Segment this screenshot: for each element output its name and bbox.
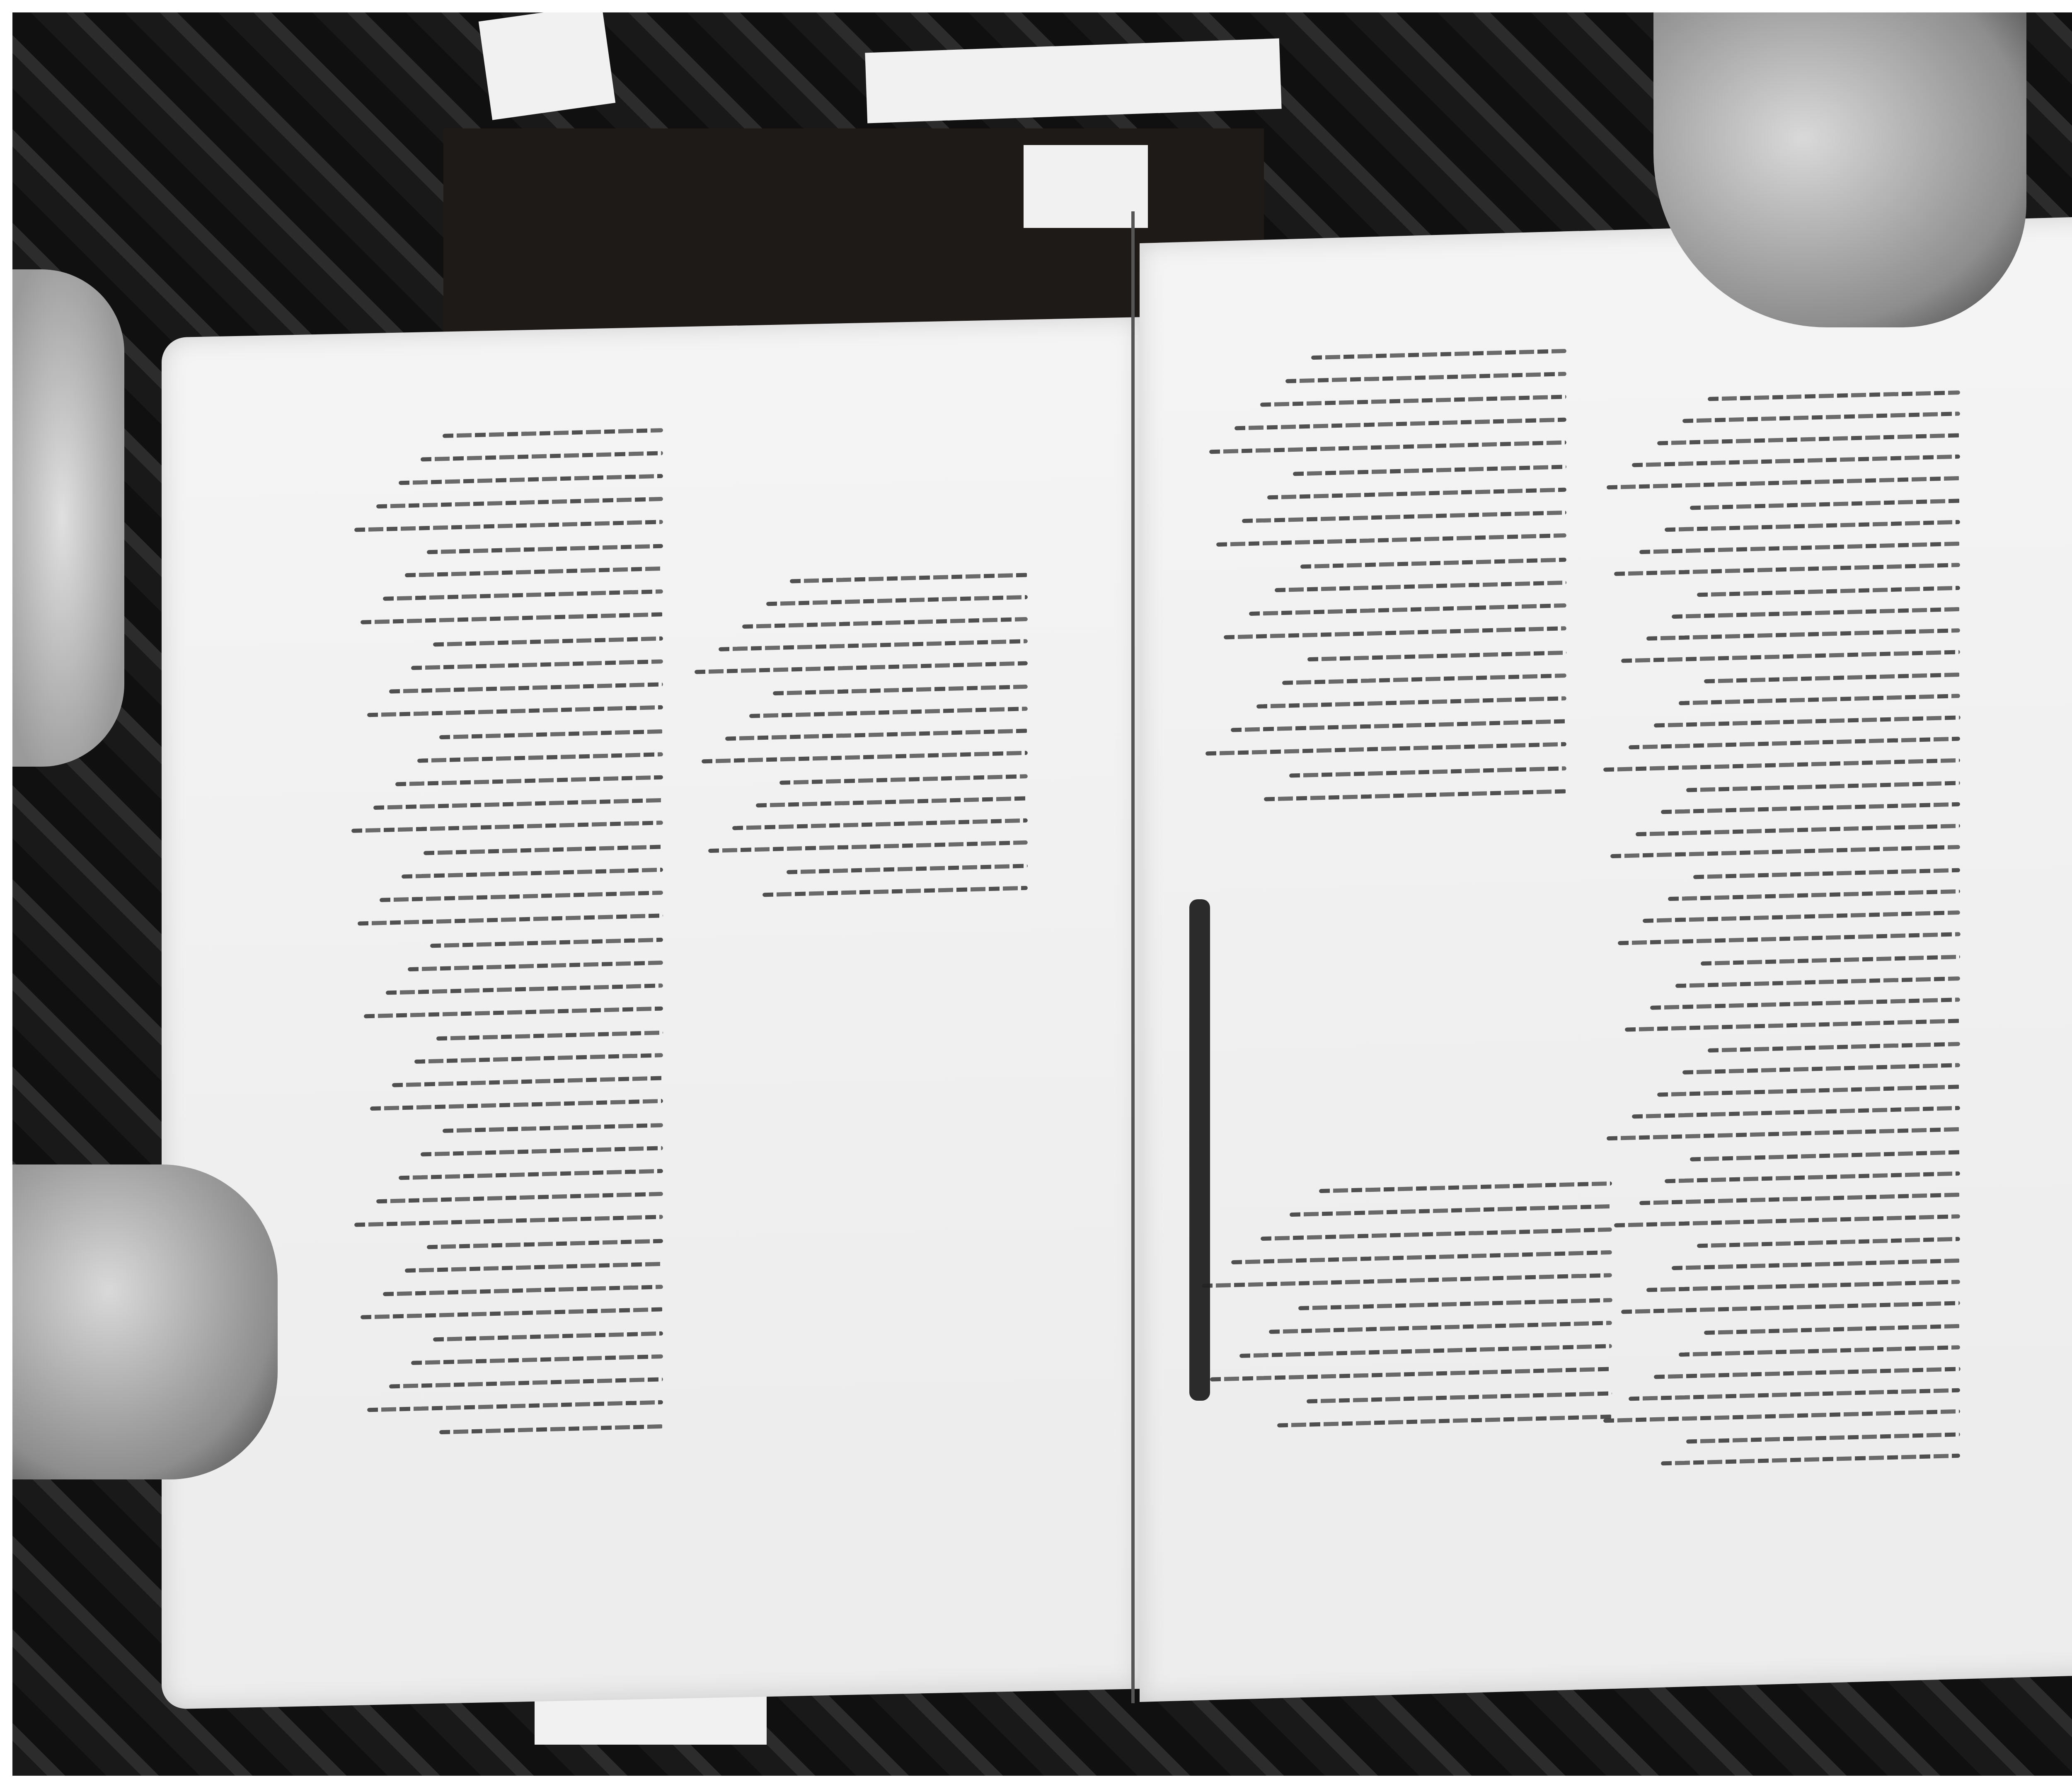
handwritten-line bbox=[1267, 488, 1566, 500]
handwritten-line bbox=[702, 751, 1028, 764]
handwritten-line bbox=[1256, 696, 1566, 709]
handwritten-line bbox=[695, 661, 1028, 674]
handwritten-line bbox=[427, 1239, 663, 1249]
handwritten-line bbox=[361, 612, 663, 625]
handwritten-line bbox=[1661, 802, 1960, 814]
handwritten-line bbox=[1242, 511, 1566, 523]
handwritten-line bbox=[376, 497, 663, 508]
paper-slip bbox=[865, 39, 1281, 123]
handwritten-line bbox=[762, 886, 1028, 897]
handwritten-line bbox=[424, 845, 663, 855]
handwritten-line bbox=[376, 1192, 663, 1203]
handwritten-line bbox=[1234, 418, 1566, 431]
handwritten-line bbox=[383, 1285, 663, 1296]
handwritten-line bbox=[402, 868, 663, 879]
handwritten-line bbox=[1632, 455, 1960, 467]
handwritten-line bbox=[1209, 441, 1566, 454]
handwritten-line bbox=[1661, 1454, 1960, 1466]
handwritten-line bbox=[1653, 1367, 1960, 1379]
right-column-inner-bottom bbox=[1193, 1185, 1612, 1442]
handwritten-line bbox=[392, 1076, 663, 1087]
handwritten-line bbox=[1704, 1324, 1960, 1335]
handwritten-line bbox=[1639, 542, 1960, 554]
handwritten-line bbox=[1621, 650, 1960, 663]
handwritten-line bbox=[408, 961, 663, 971]
handwritten-line bbox=[1205, 742, 1566, 756]
handwritten-line bbox=[433, 637, 663, 647]
handwritten-line bbox=[1275, 581, 1566, 592]
photo-frame bbox=[12, 12, 2072, 1776]
handwritten-line bbox=[1629, 1388, 1960, 1401]
handwritten-line bbox=[430, 938, 663, 948]
handwritten-line bbox=[405, 1261, 663, 1272]
handwritten-line bbox=[1682, 1063, 1960, 1075]
handwritten-line bbox=[421, 451, 663, 461]
handwritten-line bbox=[1210, 1367, 1612, 1381]
handwritten-line bbox=[351, 821, 663, 833]
hand-holding-right-page bbox=[1653, 12, 2026, 327]
handwritten-line bbox=[1639, 1193, 1960, 1205]
handwritten-line bbox=[1657, 1085, 1960, 1097]
handwritten-line bbox=[367, 705, 663, 717]
handwritten-line bbox=[370, 1099, 663, 1111]
handwritten-line bbox=[1293, 465, 1566, 476]
handwritten-line bbox=[358, 913, 663, 925]
handwritten-line bbox=[405, 566, 663, 577]
handwritten-line bbox=[411, 659, 663, 670]
handwritten-line bbox=[766, 595, 1028, 606]
handwritten-line bbox=[361, 1307, 663, 1319]
handwritten-line bbox=[399, 1169, 663, 1180]
handwritten-line bbox=[1202, 1273, 1612, 1288]
handwritten-line bbox=[787, 864, 1028, 874]
handwritten-line bbox=[1646, 1280, 1960, 1292]
handwritten-line bbox=[1307, 1392, 1612, 1404]
handwritten-line bbox=[1672, 607, 1960, 619]
handwritten-line bbox=[1701, 955, 1960, 966]
handwritten-line bbox=[414, 1053, 663, 1064]
handwritten-line bbox=[1300, 558, 1566, 569]
handwritten-line bbox=[749, 707, 1028, 718]
handwritten-line bbox=[421, 1146, 663, 1156]
handwritten-line bbox=[1643, 910, 1960, 923]
handwritten-line bbox=[1690, 499, 1960, 510]
handwritten-line bbox=[439, 1424, 663, 1434]
handwritten-line bbox=[443, 1123, 663, 1133]
handwritten-line bbox=[1290, 1204, 1612, 1217]
handwritten-line bbox=[367, 1400, 663, 1412]
handwritten-line bbox=[1686, 1432, 1960, 1443]
left-column-outer bbox=[348, 431, 663, 1450]
handwritten-line bbox=[1679, 1345, 1960, 1357]
handwritten-line bbox=[742, 617, 1028, 629]
handwritten-line bbox=[1665, 1172, 1960, 1184]
handwritten-line bbox=[1672, 1259, 1960, 1270]
right-column-outer bbox=[1600, 394, 1960, 1479]
handwritten-line bbox=[1277, 1414, 1612, 1427]
handwritten-line bbox=[1668, 889, 1960, 901]
handwritten-line bbox=[1693, 868, 1960, 879]
handwritten-line bbox=[1603, 1409, 1960, 1423]
handwritten-line bbox=[756, 796, 1028, 807]
paper-slip bbox=[1024, 145, 1148, 228]
handwritten-line bbox=[1231, 719, 1566, 732]
handwritten-line bbox=[1618, 932, 1960, 945]
handwritten-line bbox=[725, 729, 1028, 741]
handwritten-line bbox=[399, 474, 663, 485]
handwritten-line bbox=[1704, 673, 1960, 683]
handwritten-line bbox=[436, 1030, 663, 1040]
handwritten-line bbox=[1269, 1321, 1612, 1334]
handwritten-line bbox=[1298, 1298, 1612, 1310]
handwritten-line bbox=[1264, 789, 1566, 801]
handwritten-line bbox=[1614, 563, 1960, 576]
handwritten-line bbox=[719, 639, 1028, 651]
handwritten-line bbox=[1231, 1250, 1612, 1264]
handwritten-line bbox=[1282, 673, 1566, 685]
handwritten-line bbox=[1285, 372, 1566, 383]
handwritten-line bbox=[1679, 694, 1960, 706]
handwritten-line bbox=[1603, 758, 1960, 772]
handwritten-line bbox=[1665, 520, 1960, 532]
handwritten-line bbox=[386, 983, 663, 995]
handwritten-line bbox=[1657, 433, 1960, 445]
handwritten-line bbox=[1686, 781, 1960, 792]
handwritten-line bbox=[1653, 715, 1960, 727]
handwritten-line bbox=[411, 1354, 663, 1365]
handwritten-line bbox=[1675, 976, 1960, 988]
handwritten-line bbox=[1289, 766, 1566, 778]
handwritten-line bbox=[1607, 476, 1960, 489]
handwritten-line bbox=[354, 1215, 663, 1227]
handwritten-line bbox=[433, 1331, 663, 1342]
handwritten-line bbox=[395, 775, 663, 786]
handwritten-line bbox=[1261, 1227, 1612, 1241]
hand-holding-left-page bbox=[12, 1164, 278, 1479]
handwritten-line bbox=[1697, 1237, 1960, 1248]
handwritten-line bbox=[1697, 586, 1960, 597]
handwritten-line bbox=[1614, 1214, 1960, 1227]
handwritten-line bbox=[383, 589, 663, 601]
handwritten-line bbox=[773, 685, 1028, 695]
handwritten-line bbox=[1636, 824, 1960, 836]
handwritten-line bbox=[1646, 628, 1960, 641]
handwritten-line bbox=[1629, 737, 1960, 750]
handwritten-line bbox=[389, 1377, 663, 1389]
handwritten-line bbox=[364, 1006, 663, 1018]
handwritten-line bbox=[389, 682, 663, 693]
handwritten-line bbox=[439, 729, 663, 739]
right-column-inner-top bbox=[1202, 352, 1566, 816]
handwritten-line bbox=[354, 520, 663, 532]
handwritten-line bbox=[732, 818, 1028, 830]
handwritten-line bbox=[1621, 1301, 1960, 1314]
handwritten-line bbox=[1632, 1106, 1960, 1119]
paper-slip bbox=[479, 12, 615, 120]
book-gutter bbox=[1131, 211, 1135, 1703]
cloth-left-edge bbox=[12, 269, 124, 767]
handwritten-line bbox=[1610, 845, 1960, 858]
handwritten-line bbox=[380, 891, 663, 902]
handwritten-line bbox=[373, 798, 663, 809]
handwritten-line bbox=[1239, 1344, 1612, 1358]
handwritten-line bbox=[708, 840, 1028, 853]
handwritten-line bbox=[1708, 1042, 1960, 1053]
handwritten-line bbox=[1307, 651, 1566, 661]
handwritten-line bbox=[1690, 1150, 1960, 1161]
handwritten-line bbox=[779, 774, 1028, 785]
handwritten-line bbox=[1625, 1019, 1960, 1032]
handwritten-line bbox=[1682, 412, 1960, 424]
handwritten-line bbox=[1650, 997, 1960, 1010]
handwritten-line bbox=[1224, 626, 1566, 639]
handwritten-line bbox=[1260, 395, 1566, 407]
handwritten-line bbox=[427, 544, 663, 554]
handwritten-line bbox=[1249, 603, 1566, 616]
handwritten-line bbox=[417, 752, 663, 763]
handwritten-line bbox=[1216, 533, 1566, 547]
handwritten-line bbox=[1607, 1127, 1960, 1140]
left-column-inner-fragment bbox=[688, 576, 1028, 912]
